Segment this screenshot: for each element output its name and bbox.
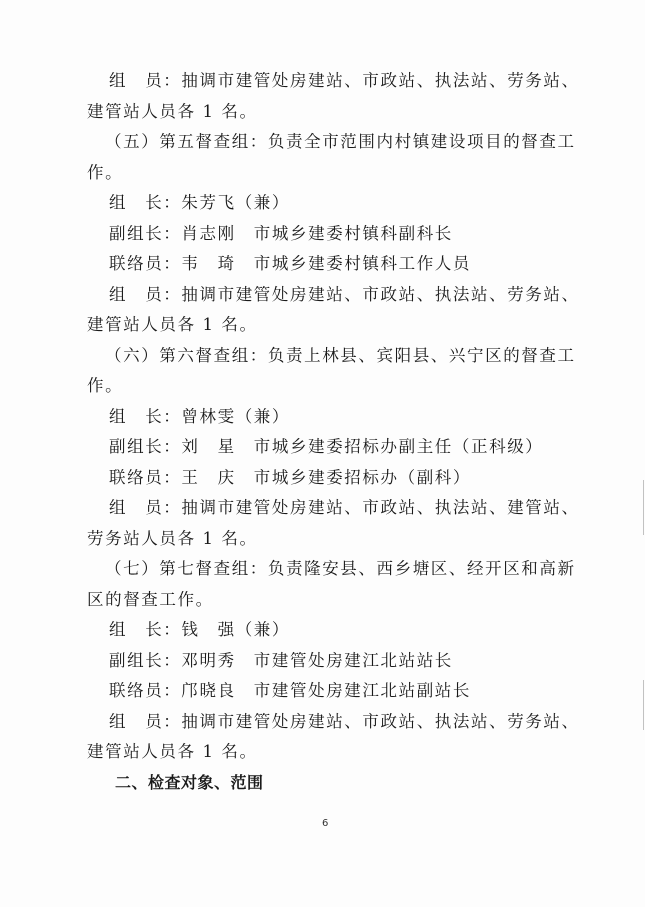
group-title-line: （六）第六督查组：负责上林县、宾阳县、兴宁区的督查工 — [87, 341, 559, 372]
scan-edge-mark — [643, 480, 644, 535]
page-number: 6 — [322, 818, 328, 829]
text-line: 副组长：肖志刚 市城乡建委村镇科副科长 — [87, 219, 559, 250]
text-line: 副组长：邓明秀 市建管处房建江北站站长 — [87, 646, 559, 677]
text-line: 组 员：抽调市建管处房建站、市政站、执法站、劳务站、 — [87, 280, 559, 311]
document-body: 组 员：抽调市建管处房建站、市政站、执法站、劳务站、 建管站人员各 1 名。 （… — [87, 66, 559, 798]
text-line: 区的督查工作。 — [87, 585, 559, 616]
text-line: 建管站人员各 1 名。 — [87, 310, 559, 341]
text-line: 联络员：韦 琦 市城乡建委村镇科工作人员 — [87, 249, 559, 280]
text-line: 劳务站人员各 1 名。 — [87, 524, 559, 555]
text-line: 作。 — [87, 371, 559, 402]
text-line: 组 员：抽调市建管处房建站、市政站、执法站、劳务站、 — [87, 707, 559, 738]
text-line: 副组长：刘 星 市城乡建委招标办副主任（正科级） — [87, 432, 559, 463]
text-line: 联络员：邝晓良 市建管处房建江北站副站长 — [87, 676, 559, 707]
scan-edge-mark — [643, 680, 644, 730]
text-line: 作。 — [87, 158, 559, 189]
group-title-line: （五）第五督查组：负责全市范围内村镇建设项目的督查工 — [87, 127, 559, 158]
text-line: 组 长：朱芳飞（兼） — [87, 188, 559, 219]
text-line: 组 长：钱 强（兼） — [87, 615, 559, 646]
group-title-line: （七）第七督查组：负责隆安县、西乡塘区、经开区和高新 — [87, 554, 559, 585]
section-heading: 二、检查对象、范围 — [87, 768, 559, 799]
text-line: 联络员：王 庆 市城乡建委招标办（副科） — [87, 463, 559, 494]
text-line: 组 长：曾林雯（兼） — [87, 402, 559, 433]
text-line: 建管站人员各 1 名。 — [87, 737, 559, 768]
document-page: 组 员：抽调市建管处房建站、市政站、执法站、劳务站、 建管站人员各 1 名。 （… — [0, 0, 645, 907]
text-line: 组 员：抽调市建管处房建站、市政站、执法站、劳务站、 — [87, 66, 559, 97]
text-line: 组 员：抽调市建管处房建站、市政站、执法站、建管站、 — [87, 493, 559, 524]
text-line: 建管站人员各 1 名。 — [87, 97, 559, 128]
